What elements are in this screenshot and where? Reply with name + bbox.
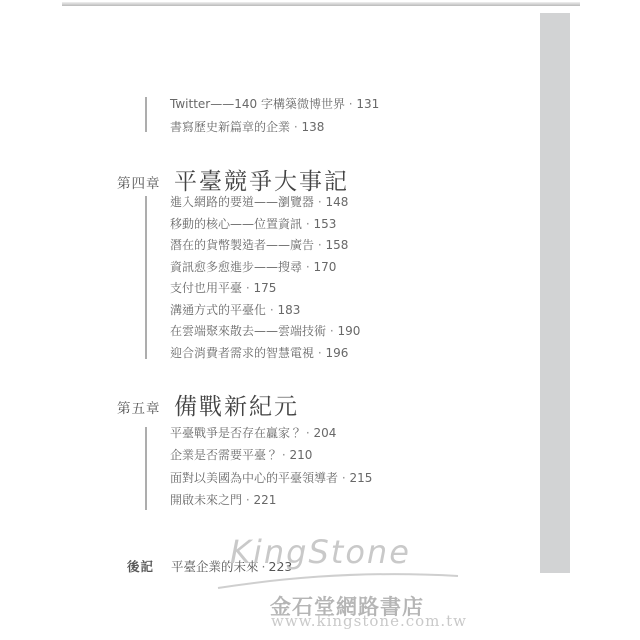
chapter5-number: 第五章 [117, 397, 161, 417]
toc-item: 移動的核心——位置資訊 · 153 [170, 214, 360, 236]
toc-item-page: 190 [337, 324, 360, 338]
toc-group-rule [145, 97, 147, 132]
kingstone-url-watermark: www.kingstone.com.tw [271, 612, 467, 630]
toc-item: 開啟未來之門 · 221 [170, 489, 372, 511]
toc-item: 支付也用平臺 · 175 [170, 278, 360, 300]
toc-item: 進入網路的要道——瀏覽器 · 148 [170, 192, 360, 214]
toc-item: 溝通方式的平臺化 · 183 [170, 300, 360, 322]
toc-item-label: Twitter——140 字構築微博世界 [170, 97, 345, 111]
toc-item: Twitter——140 字構築微博世界 · 131 [170, 93, 379, 116]
toc-item-page: 215 [349, 471, 372, 485]
chapter5-title: 備戰新紀元 [174, 388, 299, 421]
toc-item-page: 131 [356, 97, 379, 111]
toc-item-separator: · [326, 324, 337, 338]
toc-item: 企業是否需要平臺？ · 210 [170, 444, 372, 466]
prev-chapter-item-list: Twitter——140 字構築微博世界 · 131書寫歷史新篇章的企業 · 1… [170, 93, 379, 139]
chapter4-item-list: 進入網路的要道——瀏覽器 · 148移動的核心——位置資訊 · 153潛在的貨幣… [170, 192, 360, 364]
toc-item-label: 溝通方式的平臺化 [170, 303, 266, 317]
toc-item-separator: · [314, 195, 325, 209]
toc-item: 書寫歷史新篇章的企業 · 138 [170, 116, 379, 139]
toc-item-separator: · [242, 493, 253, 507]
toc-item-separator: · [302, 260, 313, 274]
toc-item: 迎合消費者需求的智慧電視 · 196 [170, 343, 360, 365]
toc-item-separator: · [290, 120, 301, 134]
page-top-edge-line [62, 2, 580, 6]
toc-item-label: 進入網路的要道——瀏覽器 [170, 195, 314, 209]
toc-item-page: 210 [289, 448, 312, 462]
toc-item-label: 支付也用平臺 [170, 281, 242, 295]
toc-item: 資訊愈多愈進步——搜尋 · 170 [170, 257, 360, 279]
toc-group-rule [145, 196, 147, 359]
toc-item-page: 138 [301, 120, 324, 134]
chapter4-number: 第四章 [117, 172, 161, 192]
toc-item-label: 企業是否需要平臺？ [170, 448, 278, 462]
toc-item-separator: · [314, 238, 325, 252]
toc-item-separator: · [338, 471, 349, 485]
toc-item-separator: · [278, 448, 289, 462]
toc-item-separator: · [314, 346, 325, 360]
epilogue-number: 後記 [127, 559, 154, 574]
toc-item-label: 面對以美國為中心的平臺領導者 [170, 471, 338, 485]
toc-item-page: 183 [277, 303, 300, 317]
toc-item-page: 170 [313, 260, 336, 274]
toc-item-label: 平臺戰爭是否存在贏家？ [170, 426, 302, 440]
toc-item: 在雲端聚來散去——雲端技術 · 190 [170, 321, 360, 343]
toc-item-label: 資訊愈多愈進步——搜尋 [170, 260, 302, 274]
toc-item: 潛在的貨幣製造者——廣告 · 158 [170, 235, 360, 257]
book-toc-scan-page: Twitter——140 字構築微博世界 · 131書寫歷史新篇章的企業 · 1… [0, 0, 640, 640]
toc-item: 面對以美國為中心的平臺領導者 · 215 [170, 467, 372, 489]
page-edge-shadow-bar [540, 13, 570, 573]
toc-item-separator: · [242, 281, 253, 295]
toc-item-label: 開啟未來之門 [170, 493, 242, 507]
toc-item-page: 158 [325, 238, 348, 252]
toc-item-page: 175 [253, 281, 276, 295]
toc-item-label: 移動的核心——位置資訊 [170, 217, 302, 231]
toc-item-separator: · [302, 426, 313, 440]
toc-item-label: 潛在的貨幣製造者——廣告 [170, 238, 314, 252]
toc-item-page: 196 [325, 346, 348, 360]
toc-item-label: 迎合消費者需求的智慧電視 [170, 346, 314, 360]
toc-item-page: 204 [313, 426, 336, 440]
toc-item-page: 148 [325, 195, 348, 209]
chapter5-item-list: 平臺戰爭是否存在贏家？ · 204企業是否需要平臺？ · 210面對以美國為中心… [170, 422, 372, 511]
toc-item-label: 書寫歷史新篇章的企業 [170, 120, 290, 134]
toc-item-separator: · [266, 303, 277, 317]
toc-group-rule [145, 427, 147, 510]
toc-item-separator: · [345, 97, 356, 111]
toc-item: 平臺戰爭是否存在贏家？ · 204 [170, 422, 372, 444]
toc-item-page: 153 [313, 217, 336, 231]
toc-item-label: 在雲端聚來散去——雲端技術 [170, 324, 326, 338]
toc-item-separator: · [302, 217, 313, 231]
toc-item-page: 221 [253, 493, 276, 507]
